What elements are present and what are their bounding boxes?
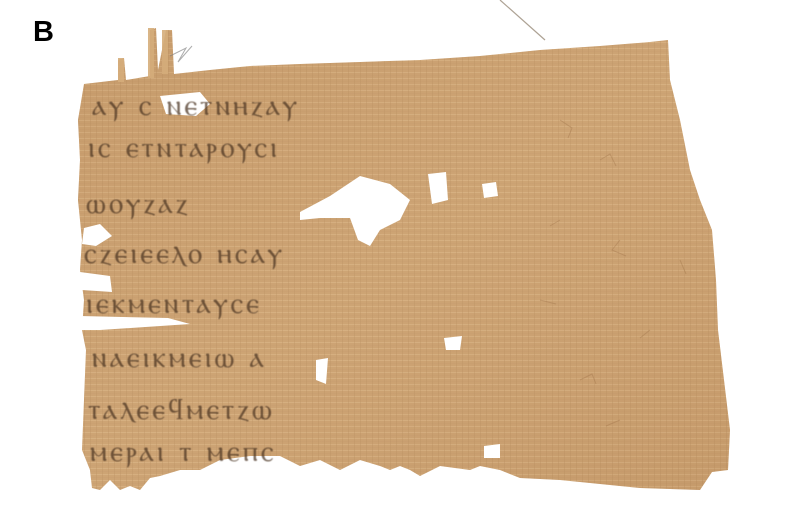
papyrus-fragment bbox=[0, 0, 795, 523]
